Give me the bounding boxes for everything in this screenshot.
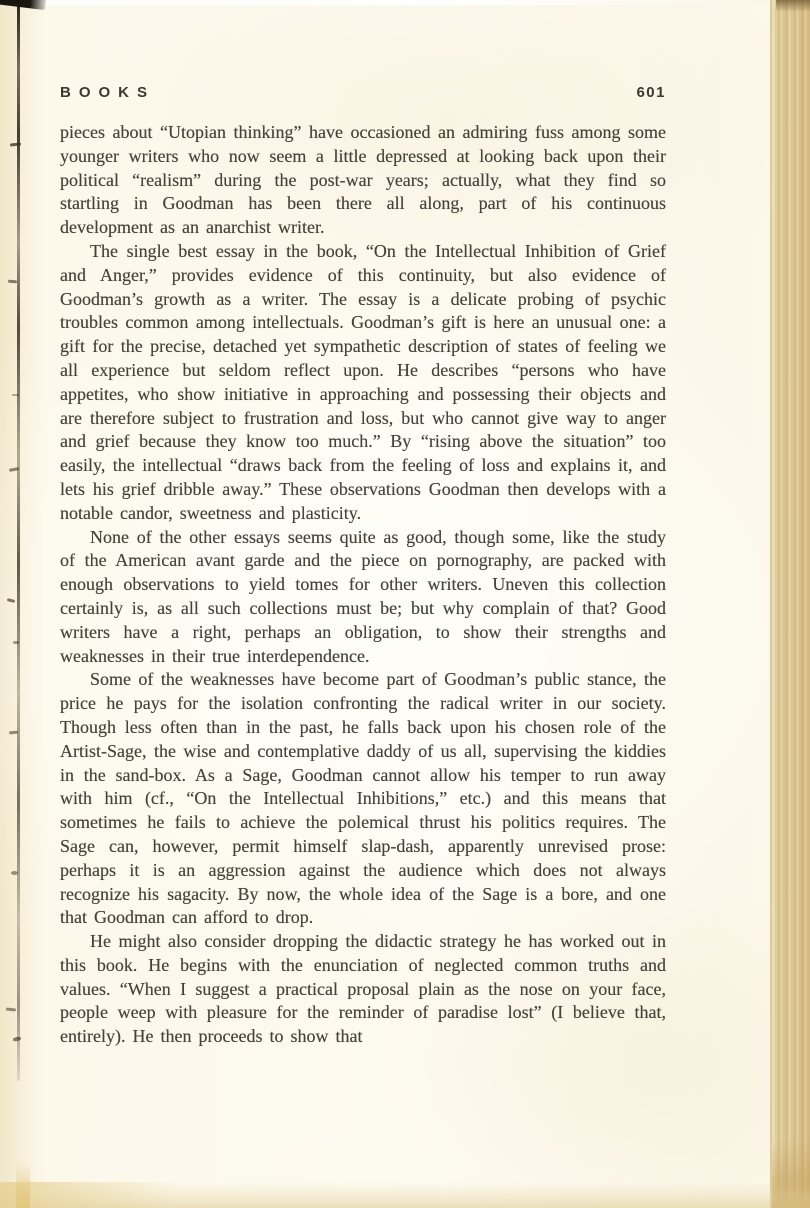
paragraph: None of the other essays seems quite as … [60, 526, 666, 669]
page-number: 601 [636, 84, 666, 101]
scan-corner-mark [0, 0, 47, 10]
binding-crease-line [17, 6, 20, 1081]
margin-mark [13, 1036, 22, 1042]
paragraph: He might also consider dropping the dida… [60, 930, 666, 1049]
paragraph: pieces about “Utopian thinking” have occ… [60, 121, 666, 240]
running-header-title: BOOKS [60, 84, 155, 101]
page-bottom-edge [0, 1182, 810, 1208]
paragraph: Some of the weaknesses have become part … [60, 668, 666, 930]
page-bottom-left-edge [16, 1162, 30, 1208]
scan-top-edge [0, 0, 810, 5]
scanned-book-page: BOOKS 601 pieces about “Utopian thinking… [0, 0, 810, 1208]
running-header: BOOKS 601 [60, 84, 666, 101]
margin-mark [6, 1007, 16, 1011]
book-page-edges-top-shadow [776, 0, 810, 12]
margin-mark [12, 394, 19, 396]
margin-mark [8, 280, 17, 284]
body-text-column: pieces about “Utopian thinking” have occ… [60, 121, 666, 1049]
book-page-edges [770, 0, 810, 1208]
margin-mark [13, 641, 19, 644]
paragraph: The single best essay in the book, “On t… [60, 240, 666, 526]
margin-mark [7, 598, 15, 603]
margin-mark [11, 871, 18, 875]
